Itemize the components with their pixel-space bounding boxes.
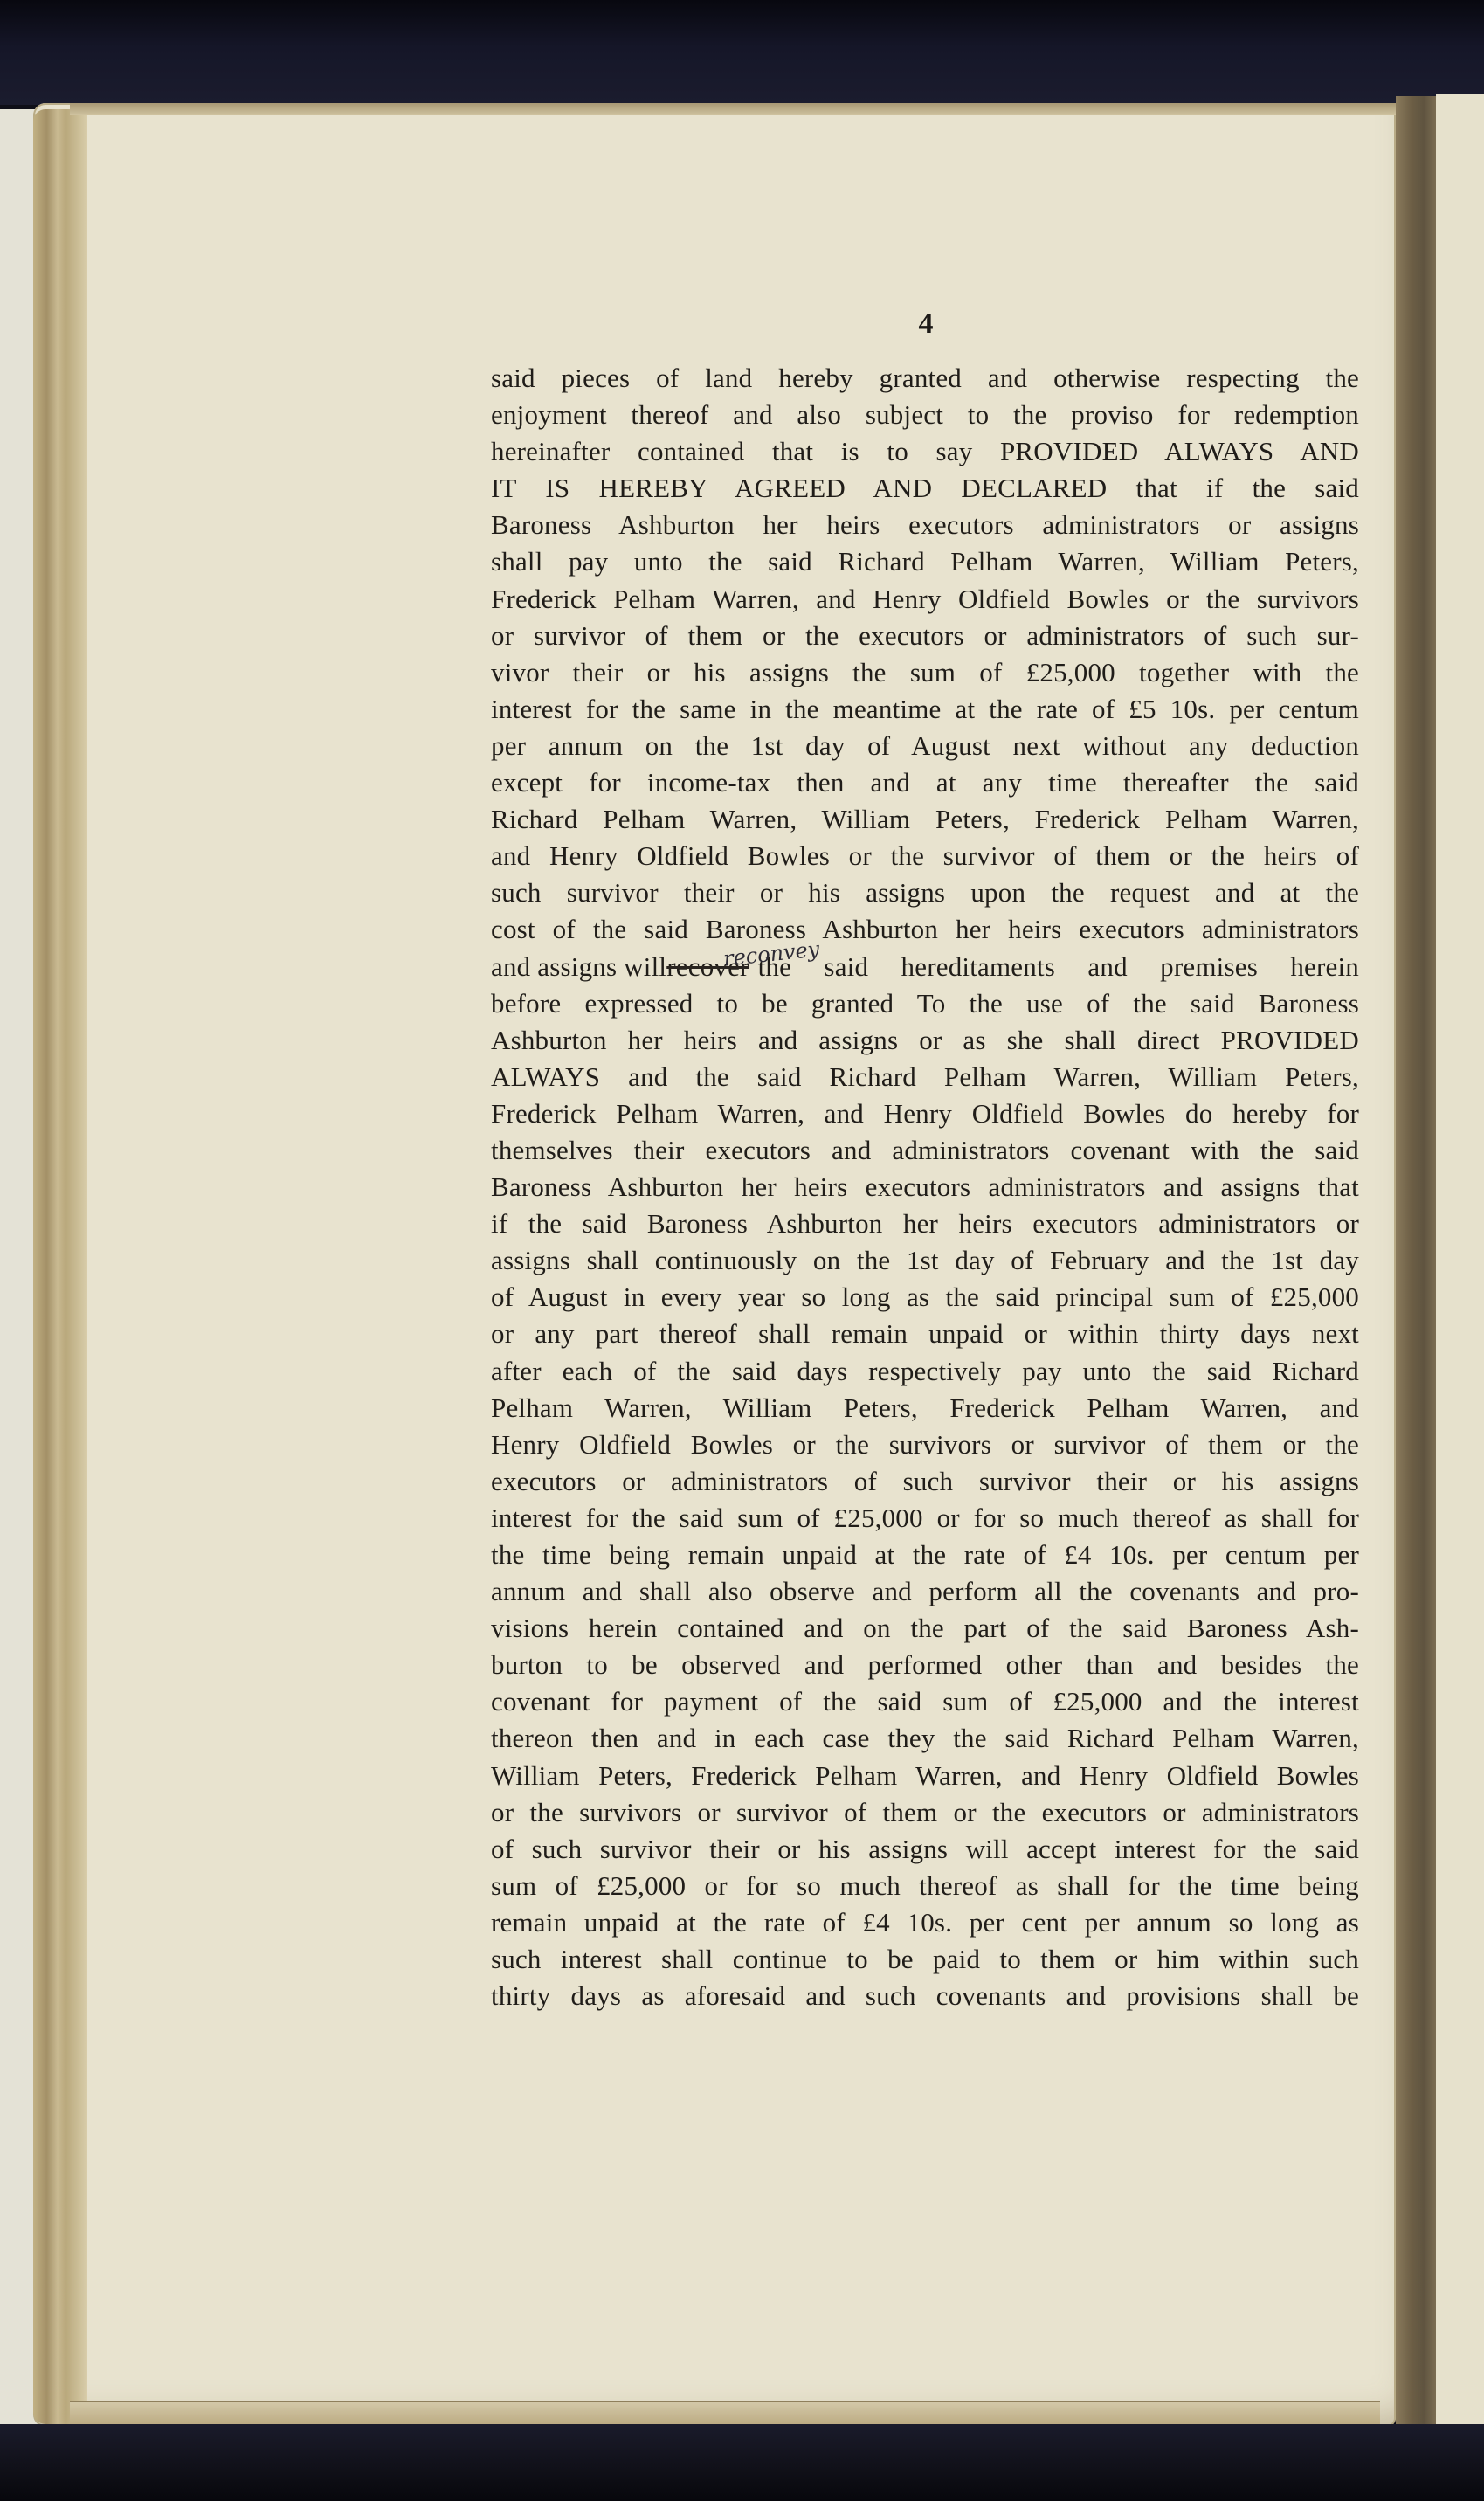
- text-line: Henry Oldfield Bowles or the survivors o…: [491, 1427, 1359, 1463]
- text-line-with-correction: and assigns will recover the said heredi…: [491, 949, 1359, 985]
- text-line: burton to be observed and performed othe…: [491, 1647, 1359, 1683]
- text-line: Baroness Ashburton her heirs executors a…: [491, 507, 1359, 543]
- text-line: themselves their executors and administr…: [491, 1132, 1359, 1169]
- text-line: shall pay unto the said Richard Pelham W…: [491, 543, 1359, 580]
- text-line: or the survivors or survivor of them or …: [491, 1794, 1359, 1831]
- book-cover-top: [0, 0, 1484, 105]
- text-line: or survivor of them or the executors or …: [491, 618, 1359, 654]
- text-line: sum of £25,000 or for so much thereof as…: [491, 1868, 1359, 1904]
- text-line: assigns shall continuously on the 1st da…: [491, 1242, 1359, 1279]
- text-line: such survivor their or his assigns upon …: [491, 874, 1359, 911]
- text-line: of such survivor their or his assigns wi…: [491, 1831, 1359, 1868]
- text-line: visions herein contained and on the part…: [491, 1610, 1359, 1647]
- text-line: Richard Pelham Warren, William Peters, F…: [491, 801, 1359, 838]
- text-line: annum and shall also observe and perform…: [491, 1573, 1359, 1610]
- page-edge-left: [33, 109, 87, 2424]
- text-line: the time being remain unpaid at the rate…: [491, 1537, 1359, 1573]
- text-line: such interest shall continue to be paid …: [491, 1941, 1359, 1978]
- text-fragment: and assigns will: [491, 949, 666, 985]
- text-line: Ashburton her heirs and assigns or as sh…: [491, 1022, 1359, 1059]
- text-line: said pieces of land hereby granted and o…: [491, 360, 1359, 397]
- text-line: thereon then and in each case they the s…: [491, 1720, 1359, 1757]
- text-line: after each of the said days respectively…: [491, 1353, 1359, 1390]
- text-line: of August in every year so long as the s…: [491, 1279, 1359, 1316]
- text-line: Baroness Ashburton her heirs executors a…: [491, 1169, 1359, 1206]
- page-number: 4: [915, 307, 936, 341]
- page-edge-top: [70, 103, 1396, 115]
- text-line: except for income-tax then and at any ti…: [491, 764, 1359, 801]
- text-line: cost of the said Baroness Ashburton her …: [491, 911, 1359, 948]
- text-line: per annum on the 1st day of August next …: [491, 728, 1359, 764]
- text-fragment: the said hereditaments and premises here…: [758, 949, 1359, 985]
- text-line: thirty days as aforesaid and such covena…: [491, 1978, 1359, 2014]
- text-line: covenant for payment of the said sum of …: [491, 1683, 1359, 1720]
- book-cover-bottom: [0, 2424, 1484, 2501]
- text-line: vivor their or his assigns the sum of £2…: [491, 654, 1359, 691]
- text-line: hereinafter contained that is to say PRO…: [491, 433, 1359, 470]
- text-line: ALWAYS and the said Richard Pelham Warre…: [491, 1059, 1359, 1095]
- text-line: remain unpaid at the rate of £4 10s. per…: [491, 1904, 1359, 1941]
- text-line: IT IS HEREBY AGREED AND DECLARED that if…: [491, 470, 1359, 507]
- body-text: said pieces of land hereby granted and o…: [491, 360, 1359, 2014]
- text-line: interest for the said sum of £25,000 or …: [491, 1500, 1359, 1537]
- text-line: Pelham Warren, William Peters, Frederick…: [491, 1390, 1359, 1427]
- text-line: William Peters, Frederick Pelham Warren,…: [491, 1758, 1359, 1794]
- text-line: executors or administrators of such surv…: [491, 1463, 1359, 1500]
- text-line: and Henry Oldfield Bowles or the survivo…: [491, 838, 1359, 874]
- text-line: or any part thereof shall remain unpaid …: [491, 1316, 1359, 1352]
- text-line: before expressed to be granted To the us…: [491, 985, 1359, 1022]
- text-line: interest for the same in the meantime at…: [491, 691, 1359, 728]
- text-line: Frederick Pelham Warren, and Henry Oldfi…: [491, 581, 1359, 618]
- next-page-sliver: [1436, 94, 1484, 2435]
- text-line: if the said Baroness Ashburton her heirs…: [491, 1206, 1359, 1242]
- text-line: enjoyment thereof and also subject to th…: [491, 397, 1359, 433]
- page-gutter: [1396, 96, 1436, 2428]
- text-line: Frederick Pelham Warren, and Henry Oldfi…: [491, 1095, 1359, 1132]
